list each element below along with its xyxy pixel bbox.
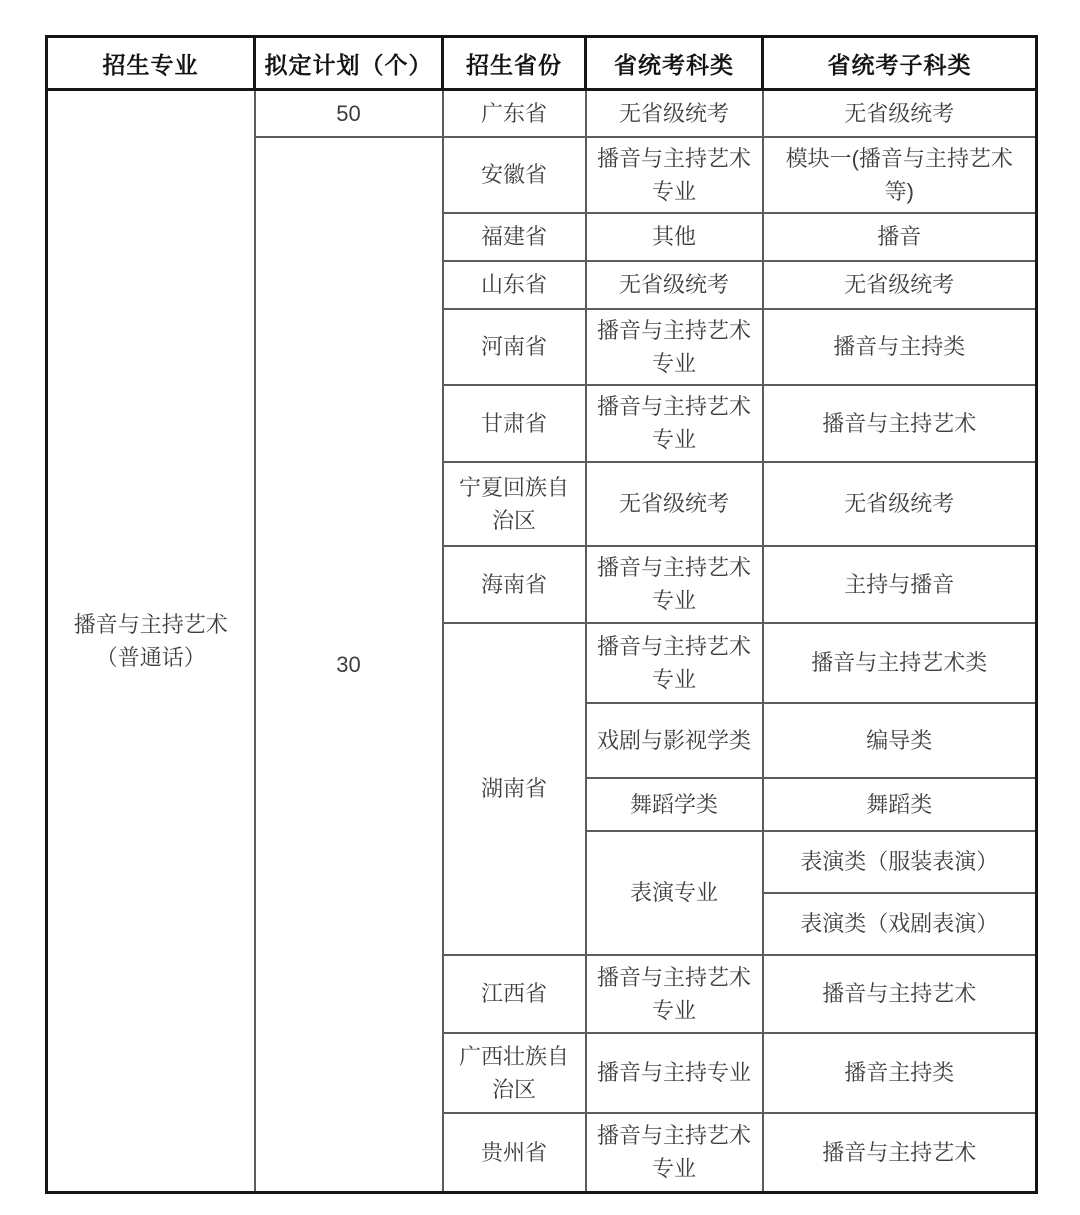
cell-province: 贵州省 <box>443 1113 586 1193</box>
cell-category: 其他 <box>586 213 763 261</box>
cell-subcategory: 播音与主持艺术 <box>763 1113 1037 1193</box>
cell-subcategory: 表演类（服装表演） <box>763 831 1037 893</box>
cell-subcategory: 表演类（戏剧表演） <box>763 893 1037 955</box>
cell-category: 播音与主持艺术专业 <box>586 309 763 385</box>
cell-subcategory: 播音与主持类 <box>763 309 1037 385</box>
cell-subcategory: 播音与主持艺术 <box>763 385 1037 462</box>
cell-province: 广东省 <box>443 90 586 137</box>
cell-category: 播音与主持艺术专业 <box>586 546 763 623</box>
cell-major: 播音与主持艺术 （普通话） <box>47 90 255 1193</box>
cell-subcategory: 舞蹈类 <box>763 778 1037 831</box>
cell-province: 福建省 <box>443 213 586 261</box>
cell-subcategory: 模块一(播音与主持艺术等) <box>763 137 1037 213</box>
cell-province: 宁夏回族自治区 <box>443 462 586 546</box>
admission-plan-table: 招生专业 拟定计划（个） 招生省份 省统考科类 省统考子科类 播音与主持艺术 （… <box>45 35 1038 1194</box>
cell-province: 安徽省 <box>443 137 586 213</box>
cell-category: 播音与主持专业 <box>586 1033 763 1113</box>
cell-category: 无省级统考 <box>586 261 763 309</box>
cell-plan-50: 50 <box>255 90 443 137</box>
cell-category: 戏剧与影视学类 <box>586 703 763 778</box>
cell-category: 舞蹈学类 <box>586 778 763 831</box>
cell-subcategory: 无省级统考 <box>763 261 1037 309</box>
page: 招生专业 拟定计划（个） 招生省份 省统考科类 省统考子科类 播音与主持艺术 （… <box>0 0 1080 1215</box>
col-header-planned-quota: 拟定计划（个） <box>255 37 443 90</box>
cell-subcategory: 主持与播音 <box>763 546 1037 623</box>
cell-subcategory: 播音 <box>763 213 1037 261</box>
table-row: 播音与主持艺术 （普通话） 50 广东省 无省级统考 无省级统考 <box>47 90 1037 137</box>
col-header-exam-category: 省统考科类 <box>586 37 763 90</box>
cell-category: 播音与主持艺术专业 <box>586 955 763 1033</box>
col-header-major: 招生专业 <box>47 37 255 90</box>
cell-province: 山东省 <box>443 261 586 309</box>
cell-category-performance: 表演专业 <box>586 831 763 955</box>
cell-category: 播音与主持艺术专业 <box>586 137 763 213</box>
col-header-exam-subcategory: 省统考子科类 <box>763 37 1037 90</box>
header-row: 招生专业 拟定计划（个） 招生省份 省统考科类 省统考子科类 <box>47 37 1037 90</box>
major-name-line1: 播音与主持艺术 <box>58 608 244 641</box>
cell-province: 广西壮族自治区 <box>443 1033 586 1113</box>
cell-category: 播音与主持艺术专业 <box>586 1113 763 1193</box>
major-name-line2: （普通话） <box>58 641 244 674</box>
col-header-province: 招生省份 <box>443 37 586 90</box>
cell-subcategory: 播音与主持艺术类 <box>763 623 1037 703</box>
cell-subcategory: 播音主持类 <box>763 1033 1037 1113</box>
cell-province-hunan: 湖南省 <box>443 623 586 955</box>
cell-subcategory: 编导类 <box>763 703 1037 778</box>
cell-province: 江西省 <box>443 955 586 1033</box>
cell-category: 播音与主持艺术专业 <box>586 385 763 462</box>
cell-subcategory: 无省级统考 <box>763 462 1037 546</box>
cell-category: 播音与主持艺术专业 <box>586 623 763 703</box>
cell-category: 无省级统考 <box>586 90 763 137</box>
cell-plan-30: 30 <box>255 137 443 1193</box>
cell-subcategory: 无省级统考 <box>763 90 1037 137</box>
cell-category: 无省级统考 <box>586 462 763 546</box>
cell-subcategory: 播音与主持艺术 <box>763 955 1037 1033</box>
cell-province: 甘肃省 <box>443 385 586 462</box>
cell-province: 海南省 <box>443 546 586 623</box>
cell-province: 河南省 <box>443 309 586 385</box>
